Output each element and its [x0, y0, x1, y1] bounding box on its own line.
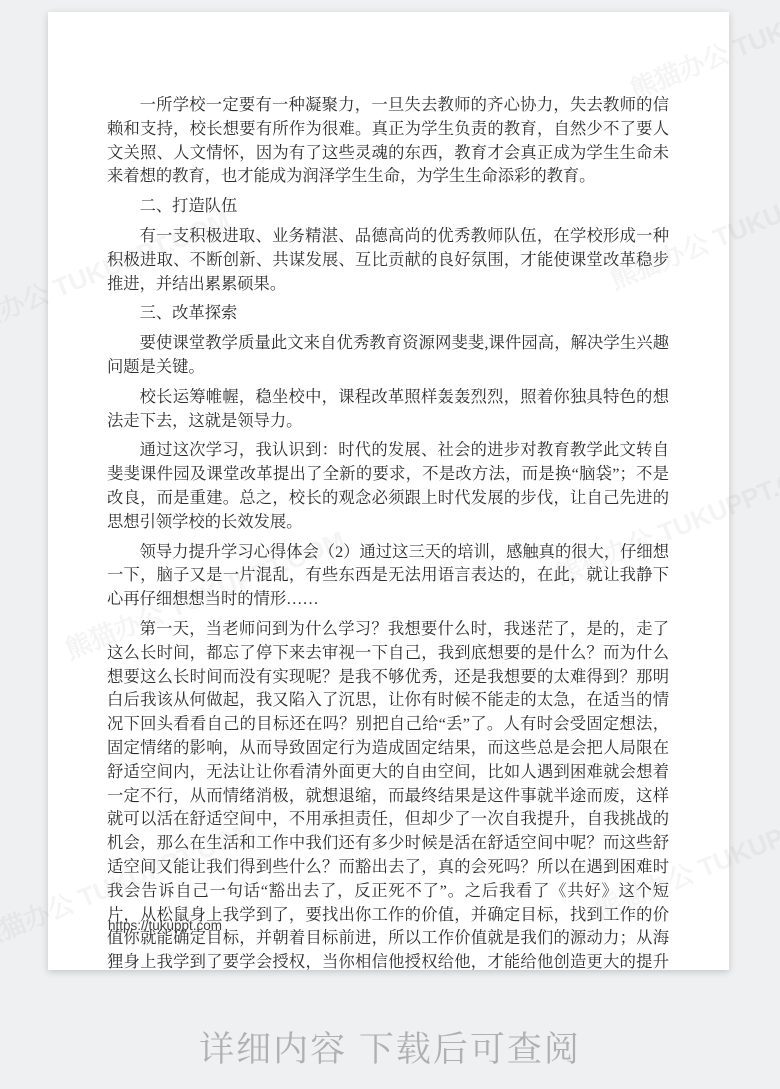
- section-heading: 二、打造队伍: [107, 194, 669, 218]
- paragraph: 有一支积极进取、业务精湛、品德高尚的优秀教师队伍，在学校形成一种积极进取、不断创…: [107, 224, 669, 295]
- preview-background: 一所学校一定要有一种凝聚力，一旦失去教师的齐心协力，失去教师的信赖和支持，校长想…: [0, 0, 780, 1089]
- document-body: 一所学校一定要有一种凝聚力，一旦失去教师的齐心协力，失去教师的信赖和支持，校长想…: [107, 93, 669, 970]
- download-notice-text: 详细内容 下载后可查阅: [0, 1022, 780, 1072]
- paragraph: 要使课堂教学质量此文来自优秀教育资源网斐斐,课件园高，解决学生兴趣问题是关键。: [107, 331, 669, 379]
- paragraph: 校长运筹帷幄，稳坐校中，课程改革照样轰轰烈烈，照着你独具特色的想法走下去，这就是…: [107, 385, 669, 433]
- document-page: 一所学校一定要有一种凝聚力，一旦失去教师的齐心协力，失去教师的信赖和支持，校长想…: [48, 12, 729, 970]
- section-heading: 三、改革探索: [107, 301, 669, 325]
- footer-url: https://tukuppt.com: [108, 918, 222, 933]
- paragraph: 一所学校一定要有一种凝聚力，一旦失去教师的齐心协力，失去教师的信赖和支持，校长想…: [107, 93, 669, 188]
- paragraph: 领导力提升学习心得体会（2）通过这三天的培训，感触真的很大，仔细想一下，脑子又是…: [107, 540, 669, 611]
- paragraph: 通过这次学习，我认识到：时代的发展、社会的进步对教育教学此文转自斐斐课件园及课堂…: [107, 438, 669, 533]
